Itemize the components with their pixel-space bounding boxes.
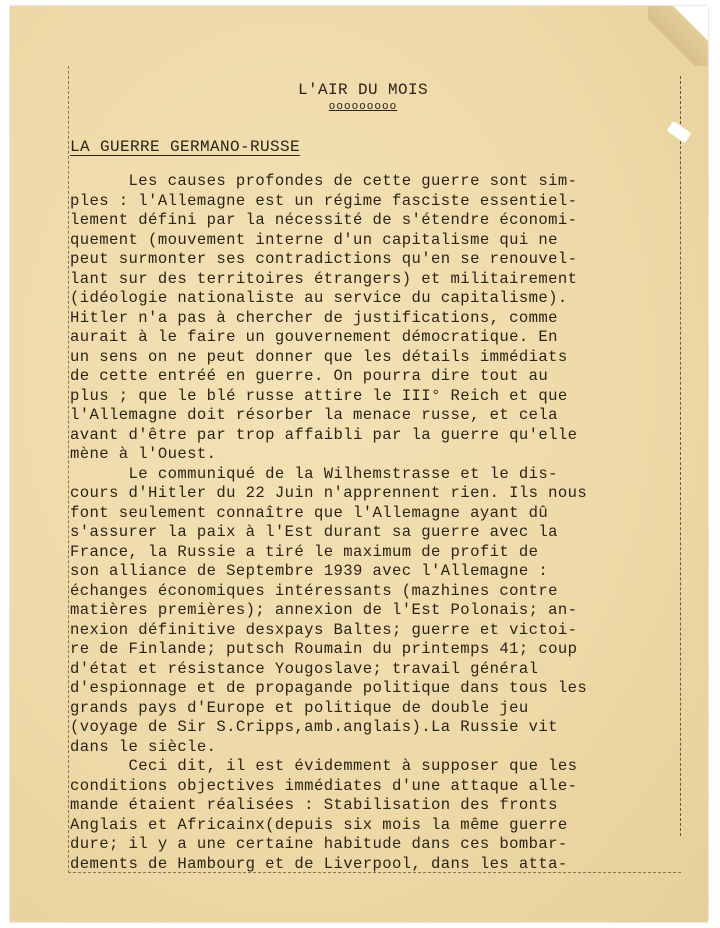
text-line: mande étaient réalisées : Stabilisation …: [70, 796, 670, 816]
text-line: lant sur des territoires étrangers) et m…: [70, 270, 670, 290]
text-line: aurait à le faire un gouvernement démocr…: [70, 328, 670, 348]
text-line: un sens on ne peut donner que les détail…: [70, 348, 670, 368]
text-line: dure; il y a une certaine habitude dans …: [70, 835, 670, 855]
text-line: dements de Hambourg et de Liverpool, dan…: [70, 855, 670, 875]
text-line: de cette entréé en guerre. On pourra dir…: [70, 367, 670, 387]
text-line: Ceci dit, il est évidemment à supposer q…: [70, 757, 670, 777]
text-line: avant d'être par trop affaibli par la gu…: [70, 426, 670, 446]
text-line: lement défini par la nécessité de s'éten…: [70, 211, 670, 231]
text-line: peut surmonter ses contradictions qu'en …: [70, 250, 670, 270]
document-title: L'AIR DU MOIS: [56, 80, 670, 100]
text-line: France, la Russie a tiré le maximum de p…: [70, 543, 670, 563]
text-line: re de Finlande; putsch Roumain du printe…: [70, 640, 670, 660]
text-line: font seulement connaître que l'Allemagne…: [70, 504, 670, 524]
text-line: son alliance de Septembre 1939 avec l'Al…: [70, 562, 670, 582]
text-line: (idéologie nationaliste au service du ca…: [70, 289, 670, 309]
text-line: d'espionnage et de propagande politique …: [70, 679, 670, 699]
title-ornament: ooooooooo: [56, 100, 670, 114]
text-line: cours d'Hitler du 22 Juin n'apprennent r…: [70, 484, 670, 504]
document-body: Les causes profondes de cette guerre son…: [70, 172, 670, 874]
text-line: dans le siècle.: [70, 738, 670, 758]
text-line: conditions objectives immédiates d'une a…: [70, 777, 670, 797]
text-line: Les causes profondes de cette guerre son…: [70, 172, 670, 192]
text-line: grands pays d'Europe et politique de dou…: [70, 699, 670, 719]
text-line: (voyage de Sir S.Cripps,amb.anglais).La …: [70, 718, 670, 738]
text-line: Le communiqué de la Wilhemstrasse et le …: [70, 465, 670, 485]
text-line: d'état et résistance Yougoslave; travail…: [70, 660, 670, 680]
text-line: s'assurer la paix à l'Est durant sa guer…: [70, 523, 670, 543]
text-line: l'Allemagne doit résorber la menace russ…: [70, 406, 670, 426]
text-line: mène à l'Ouest.: [70, 445, 670, 465]
text-line: nexion définitive desxpays Baltes; guerr…: [70, 621, 670, 641]
text-line: échanges économiques intéressants (mazhi…: [70, 582, 670, 602]
text-line: Anglais et Africainx(depuis six mois la …: [70, 816, 670, 836]
section-heading: LA GUERRE GERMANO-RUSSE: [70, 138, 300, 158]
text-line: Hitler n'a pas à chercher de justificati…: [70, 309, 670, 329]
text-line: matières premières); annexion de l'Est P…: [70, 601, 670, 621]
text-line: plus ; que le blé russe attire le III° R…: [70, 387, 670, 407]
fold-line: [680, 76, 681, 836]
text-line: quement (mouvement interne d'un capitali…: [70, 231, 670, 251]
typed-document: L'AIR DU MOIS ooooooooo LA GUERRE GERMAN…: [70, 80, 670, 874]
text-line: ples : l'Allemagne est un régime fascist…: [70, 192, 670, 212]
